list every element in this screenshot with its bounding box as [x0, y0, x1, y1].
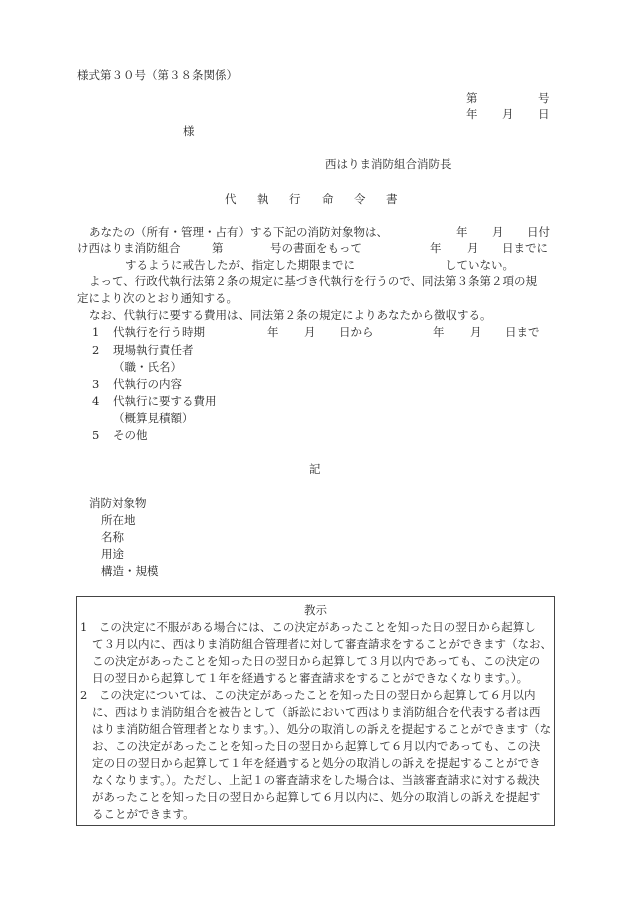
body-deadline-year: 年	[430, 241, 442, 255]
target-heading: 消防対象物	[89, 496, 147, 510]
form-label: 様式第３０号（第３８条関係）	[77, 68, 238, 82]
notice-box: 教示 1 この決定に不服がある場合には、この決定があったことを知った日の翌日から…	[76, 596, 555, 826]
item-label-timing: 代執行を行う時期	[113, 325, 205, 339]
target-field-name: 名称	[101, 530, 124, 544]
target-field-location: 所在地	[101, 513, 136, 527]
body-day: 日付	[527, 225, 550, 239]
item-label-supervisor: 現場執行責任者	[113, 343, 194, 357]
item-number: 3	[92, 377, 99, 391]
item-label-other: その他	[113, 428, 148, 442]
item-to-month: 月	[470, 325, 482, 339]
title-char: 書	[386, 192, 398, 206]
notice-line: 日の翌日から起算して１年を経過すると審査請求をすることができなくなります。）。	[92, 671, 528, 685]
issuer-name: 西はりま消防組合消防長	[325, 157, 452, 171]
item-sub-estimate: （概算見積額）	[113, 411, 194, 425]
item-sub-title-name: （職・氏名）	[113, 360, 182, 374]
notice-line: 1 この決定に不服がある場合には、この決定があったことを知った日の翌日から起算し	[80, 620, 536, 634]
number-suffix: 号	[538, 91, 550, 105]
title-char: 代	[225, 192, 237, 206]
item-number: 2	[92, 343, 99, 357]
body-p1-line3: するように戒告したが、指定した期限までに	[125, 258, 355, 272]
item-to-year: 年	[433, 325, 445, 339]
addressee-suffix: 様	[183, 124, 195, 138]
item-to-day: 日まで	[505, 325, 540, 339]
notice-line: この決定があったことを知った日の翌日から起算して３月以内であっても、この決定の	[92, 654, 540, 668]
body-month: 月	[492, 225, 504, 239]
item-from-year: 年	[267, 325, 279, 339]
date-day: 日	[538, 107, 550, 121]
title-char: 行	[289, 192, 301, 206]
notice-line: なくなります。）。ただし、上記１の審査請求をした場合は、当該審査請求に対する裁決	[92, 773, 540, 787]
ki-heading: 記	[309, 462, 321, 476]
notice-line: て３月以内に、西はりま消防組合管理者に対して審査請求をすることができます（なお、	[92, 637, 552, 651]
title-char: 命	[322, 192, 334, 206]
body-p3: なお、代執行に要する費用は、同法第２条の規定によりあなたから徴収する。	[89, 308, 492, 322]
notice-line: お、この決定があったことを知った日の翌日から起算して６月以内であっても、この決	[92, 739, 540, 753]
notice-line: に、西はりま消防組合を被告として（訴訟において西はりま消防組合を代表する者は西	[92, 705, 541, 719]
item-label-cost: 代執行に要する費用	[113, 394, 217, 408]
date-year: 年	[466, 107, 478, 121]
item-number: 5	[92, 428, 99, 442]
item-from-month: 月	[304, 325, 316, 339]
body-p2-line1: よって、行政代執行法第２条の規定に基づき代執行を行うので、同法第３条第２項の規	[89, 274, 537, 288]
body-number-prefix: 第	[212, 241, 224, 255]
number-prefix: 第	[466, 91, 478, 105]
target-field-use: 用途	[101, 547, 124, 561]
target-field-structure: 構造・規模	[101, 564, 159, 578]
body-year: 年	[456, 225, 468, 239]
item-label-content: 代執行の内容	[113, 377, 182, 391]
body-p1-line2: け西はりま消防組合	[77, 241, 181, 255]
body-p1-line3-end: していない。	[445, 258, 514, 272]
item-from-day: 日から	[339, 325, 374, 339]
date-month: 月	[502, 107, 514, 121]
notice-line: はりま消防組合管理者となります。）、処分の取消しの訴えを提起することができます（…	[92, 722, 551, 736]
item-number: 4	[92, 394, 99, 408]
notice-line: 定の日の翌日から起算して１年を経過すると処分の取消しの訴えを提起することができ	[92, 756, 541, 770]
title-char: 執	[257, 192, 269, 206]
body-p1-line1: あなたの（所有・管理・占有）する下記の消防対象物は、	[89, 225, 388, 239]
body-number-suffix: 号の書面をもって	[270, 241, 362, 255]
item-number: 1	[92, 325, 99, 339]
title-char: 令	[354, 192, 366, 206]
body-p2-line2: 定により次のとおり通知する。	[77, 291, 238, 305]
notice-line: ることができます。	[92, 807, 195, 821]
notice-title: 教示	[77, 603, 554, 617]
body-deadline-day: 日までに	[502, 241, 548, 255]
body-deadline-month: 月	[467, 241, 479, 255]
notice-line: 2 この決定については、この決定があったことを知った日の翌日から起算して６月以内	[80, 688, 535, 702]
notice-line: があったことを知った日の翌日から起算して６月以内に、処分の取消しの訴えを提起す	[92, 790, 540, 804]
